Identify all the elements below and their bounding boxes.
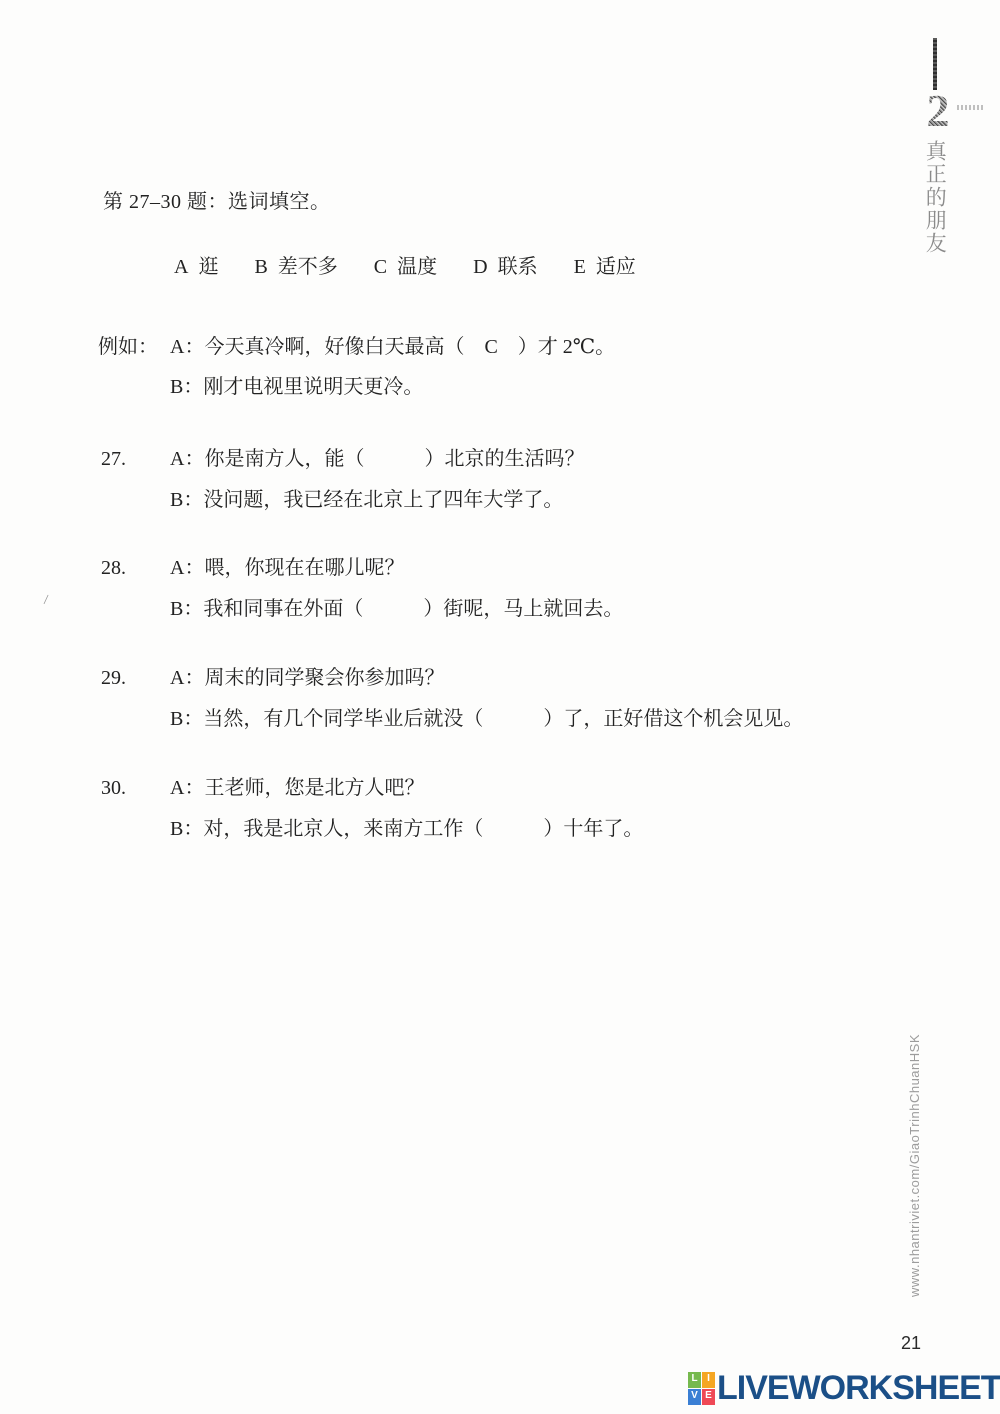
question-27-number: 27. <box>101 447 126 472</box>
question-28-line-b: B：我和同事在外面（ ）街呢，马上就回去。 <box>170 597 623 622</box>
logo-square-e: E <box>702 1389 715 1405</box>
option-word: 逛 <box>198 255 218 280</box>
logo-square-l: L <box>688 1372 701 1388</box>
chapter-title-vertical: 真正的朋友 <box>921 140 947 255</box>
liveworksheets-logo[interactable]: L I V E LIVEWORKSHEETS <box>688 1371 1000 1405</box>
word-bank: A逛 B差不多 C温度 D联系 E适应 <box>174 255 636 280</box>
page-number: 21 <box>901 1332 921 1355</box>
option-letter: A <box>174 255 188 280</box>
logo-square-v: V <box>688 1389 701 1405</box>
example-line-b: B：刚才电视里说明天更冷。 <box>170 375 423 400</box>
option-word: 联系 <box>498 255 538 280</box>
word-bank-option-c: C温度 <box>374 255 437 280</box>
question-27-line-b: B：没问题，我已经在北京上了四年大学了。 <box>170 488 563 513</box>
word-bank-option-e: E适应 <box>574 255 636 280</box>
option-letter: C <box>374 255 387 280</box>
worksheet-page: 2 真正的朋友 第 27–30 题：选词填空。 A逛 B差不多 C温度 D联系 … <box>0 0 1000 1414</box>
logo-square-i: I <box>702 1372 715 1388</box>
question-29-line-a: A：周末的同学聚会你参加吗？ <box>170 666 444 691</box>
option-letter: B <box>254 255 267 280</box>
word-bank-option-b: B差不多 <box>254 255 337 280</box>
question-30-number: 30. <box>101 776 126 801</box>
chapter-caption-smalltext <box>957 105 985 110</box>
question-27-line-a: A：你是南方人，能（ ）北京的生活吗？ <box>170 447 584 472</box>
scan-artifact-mark: / <box>43 592 49 610</box>
option-word: 温度 <box>397 255 437 280</box>
question-28-line-a: A：喂，你现在在哪儿呢？ <box>170 556 404 581</box>
side-watermark-url: www.nhantriviet.com/GiaoTrinhChuanHSK <box>901 1015 923 1315</box>
question-28-number: 28. <box>101 556 126 581</box>
liveworksheets-logo-text: LIVEWORKSHEETS <box>717 1371 1000 1405</box>
option-letter: D <box>473 255 487 280</box>
example-label: 例如： <box>98 335 158 360</box>
question-29-number: 29. <box>101 666 126 691</box>
watermark-text: www.nhantriviet.com/GiaoTrinhChuanHSK <box>907 1034 923 1297</box>
option-word: 差不多 <box>278 255 338 280</box>
question-30-line-a: A：王老师，您是北方人吧？ <box>170 776 424 801</box>
question-30-line-b: B：对，我是北京人，来南方工作（ ）十年了。 <box>170 817 643 842</box>
option-word: 适应 <box>596 255 636 280</box>
question-29-line-b: B：当然，有几个同学毕业后就没（ ）了，正好借这个机会见见。 <box>170 707 803 732</box>
word-bank-option-d: D联系 <box>473 255 537 280</box>
word-bank-option-a: A逛 <box>174 255 218 280</box>
example-line-a: A：今天真冷啊，好像白天最高（ C ）才 2℃。 <box>170 335 615 360</box>
option-letter: E <box>574 255 586 280</box>
section-instructions: 第 27–30 题：选词填空。 <box>103 190 331 215</box>
chapter-tab-bar <box>933 38 937 90</box>
chapter-number: 2 <box>920 88 956 134</box>
liveworksheets-logo-icon: L I V E <box>688 1372 715 1405</box>
